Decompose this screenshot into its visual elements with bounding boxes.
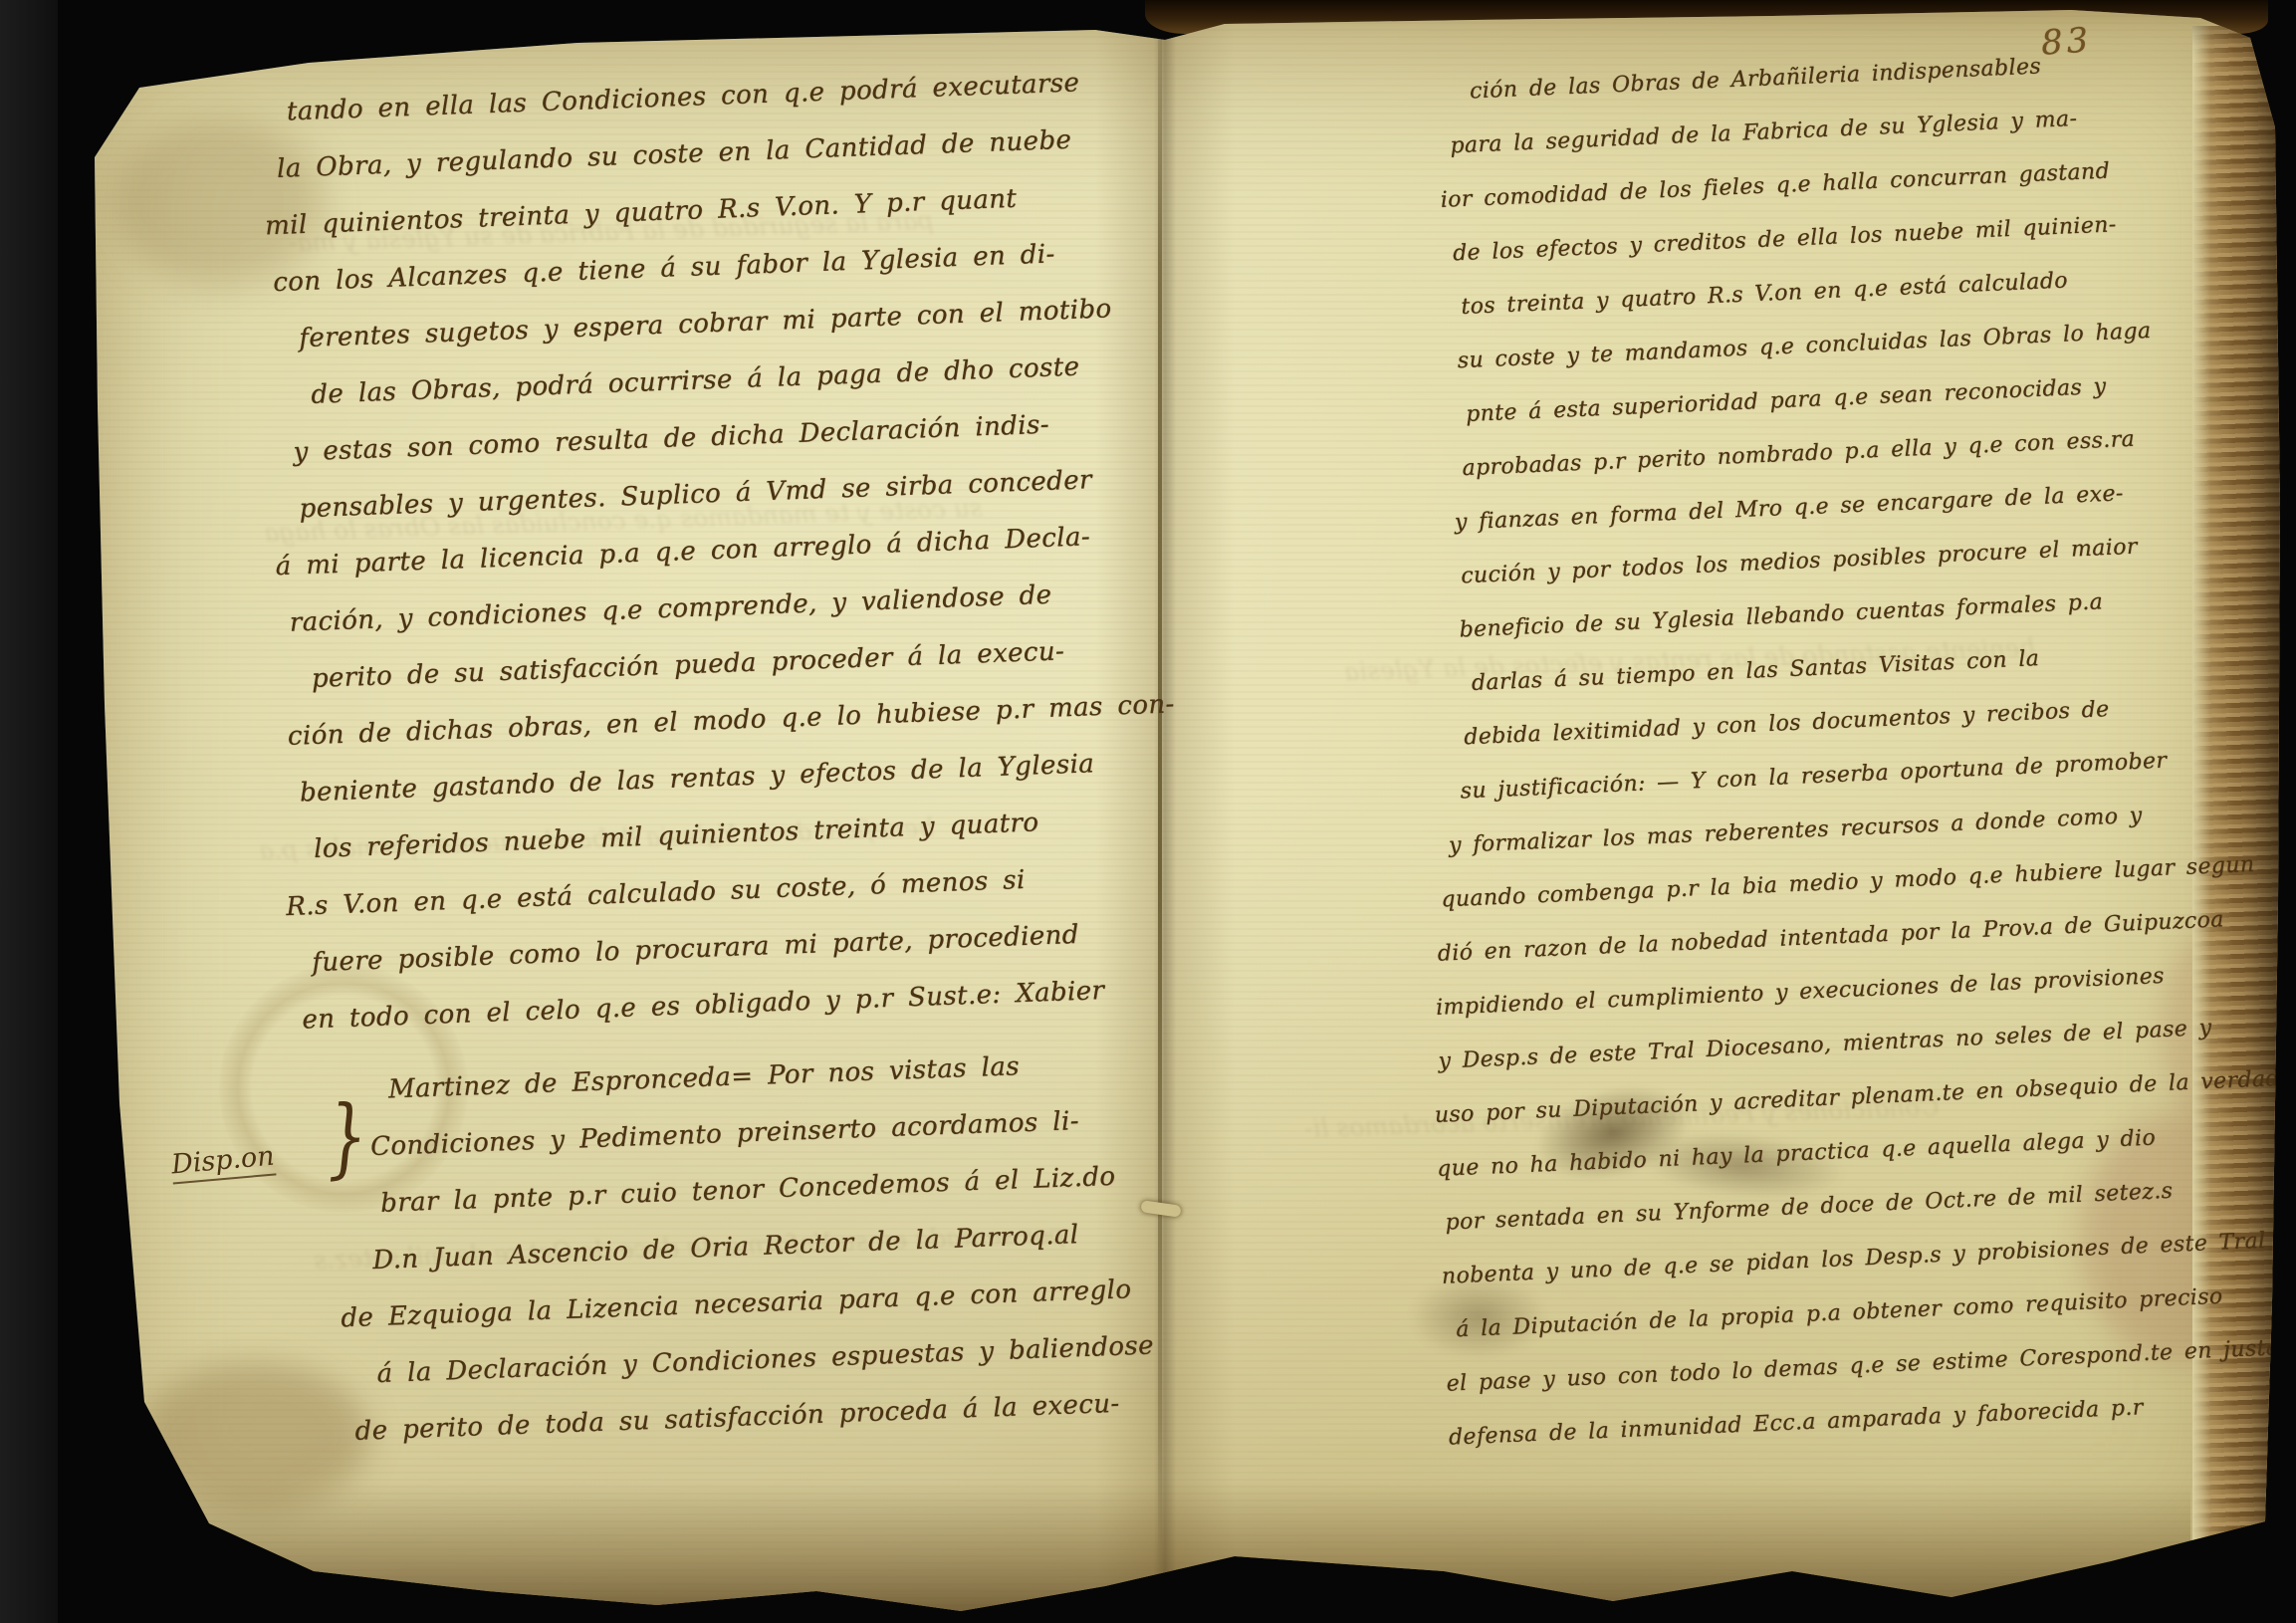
book-spread: para la seguridad de la Fabrica de su Yg… (60, 8, 2285, 1615)
left-page-text: tando en ella las Condiciones con q.e po… (274, 51, 1240, 1462)
scan-background-strip (0, 0, 58, 1623)
manuscript-scan: para la seguridad de la Fabrica de su Yg… (0, 0, 2296, 1623)
right-page-text: ción de las Obras de Arbañileria indispe… (1389, 31, 2296, 1466)
margin-note-disposicion: Disp.on (170, 1141, 276, 1181)
margin-note-label: Disp.on (170, 1141, 276, 1185)
